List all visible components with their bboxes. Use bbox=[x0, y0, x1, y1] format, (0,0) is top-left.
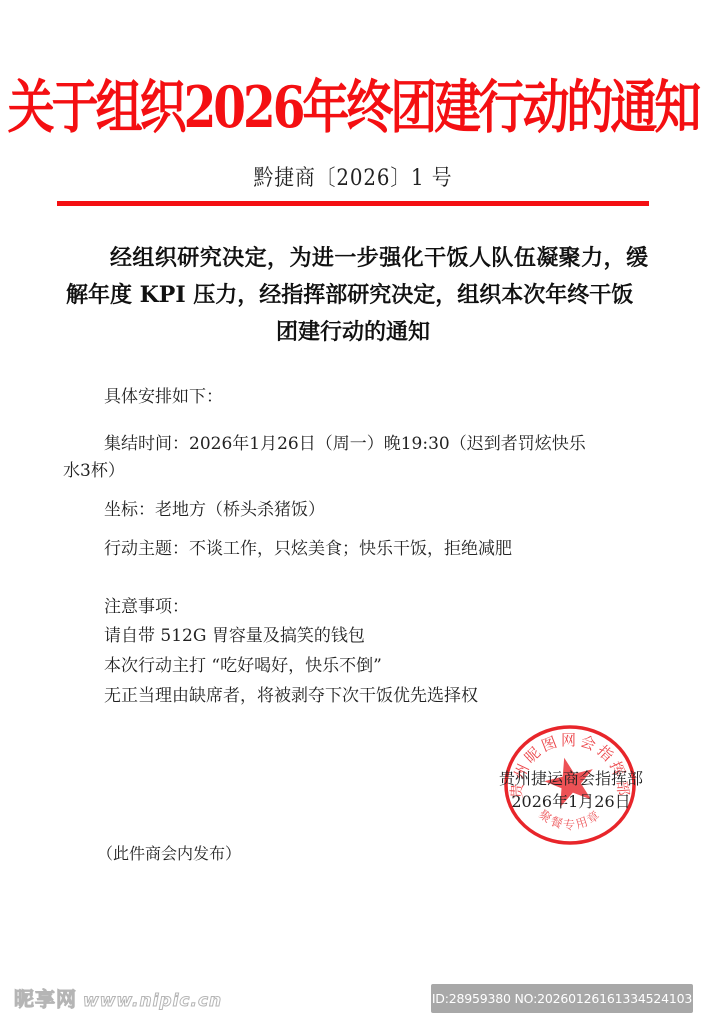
notes-heading: 注意事项： bbox=[104, 595, 189, 619]
signing-organization: 贵州捷运商会指挥部 bbox=[476, 768, 666, 790]
signing-date: 2026年1月26日 bbox=[476, 791, 666, 813]
note-item: 无正当理由缺席者，将被剥夺下次干饭优先选择权 bbox=[104, 684, 478, 708]
location: 坐标：老地方（桥头杀猪饭） bbox=[104, 498, 325, 522]
note-item: 请自带 512G 胃容量及搞笑的钱包 bbox=[104, 624, 365, 648]
watermark-logo: 昵享网www.nipic.cn bbox=[14, 983, 222, 1012]
activity-theme: 行动主题：不谈工作，只炫美食；快乐干饭，拒绝减肥 bbox=[104, 537, 512, 561]
red-divider bbox=[57, 201, 649, 206]
distribution-note: （此件商会内发布） bbox=[97, 842, 241, 866]
watermark-logo-text: 昵享网 bbox=[14, 987, 77, 1011]
assembly-time-continued: 水3杯） bbox=[63, 459, 125, 483]
watermark-id-badge: ID:28959380 NO:20260126161334524103 bbox=[431, 984, 693, 1013]
document-title: 关于组织2026年终团建行动的通知 bbox=[0, 66, 706, 151]
arrangements-intro: 具体安排如下： bbox=[104, 385, 223, 409]
document-number: 黔捷商〔2026〕1 号 bbox=[35, 164, 670, 194]
watermark-url: www.nipic.cn bbox=[83, 991, 222, 1011]
lead-paragraph-tail: 团建行动的通知 bbox=[0, 314, 706, 351]
assembly-time: 集结时间：2026年1月26日（周一）晚19:30（迟到者罚炫快乐 bbox=[104, 432, 586, 456]
lead-paragraph: 经组织研究决定，为进一步强化干饭人队伍凝聚力，缓解年度 KPI 压力，经指挥部研… bbox=[66, 240, 648, 314]
note-item: 本次行动主打 “吃好喝好，快乐不倒” bbox=[104, 654, 382, 678]
